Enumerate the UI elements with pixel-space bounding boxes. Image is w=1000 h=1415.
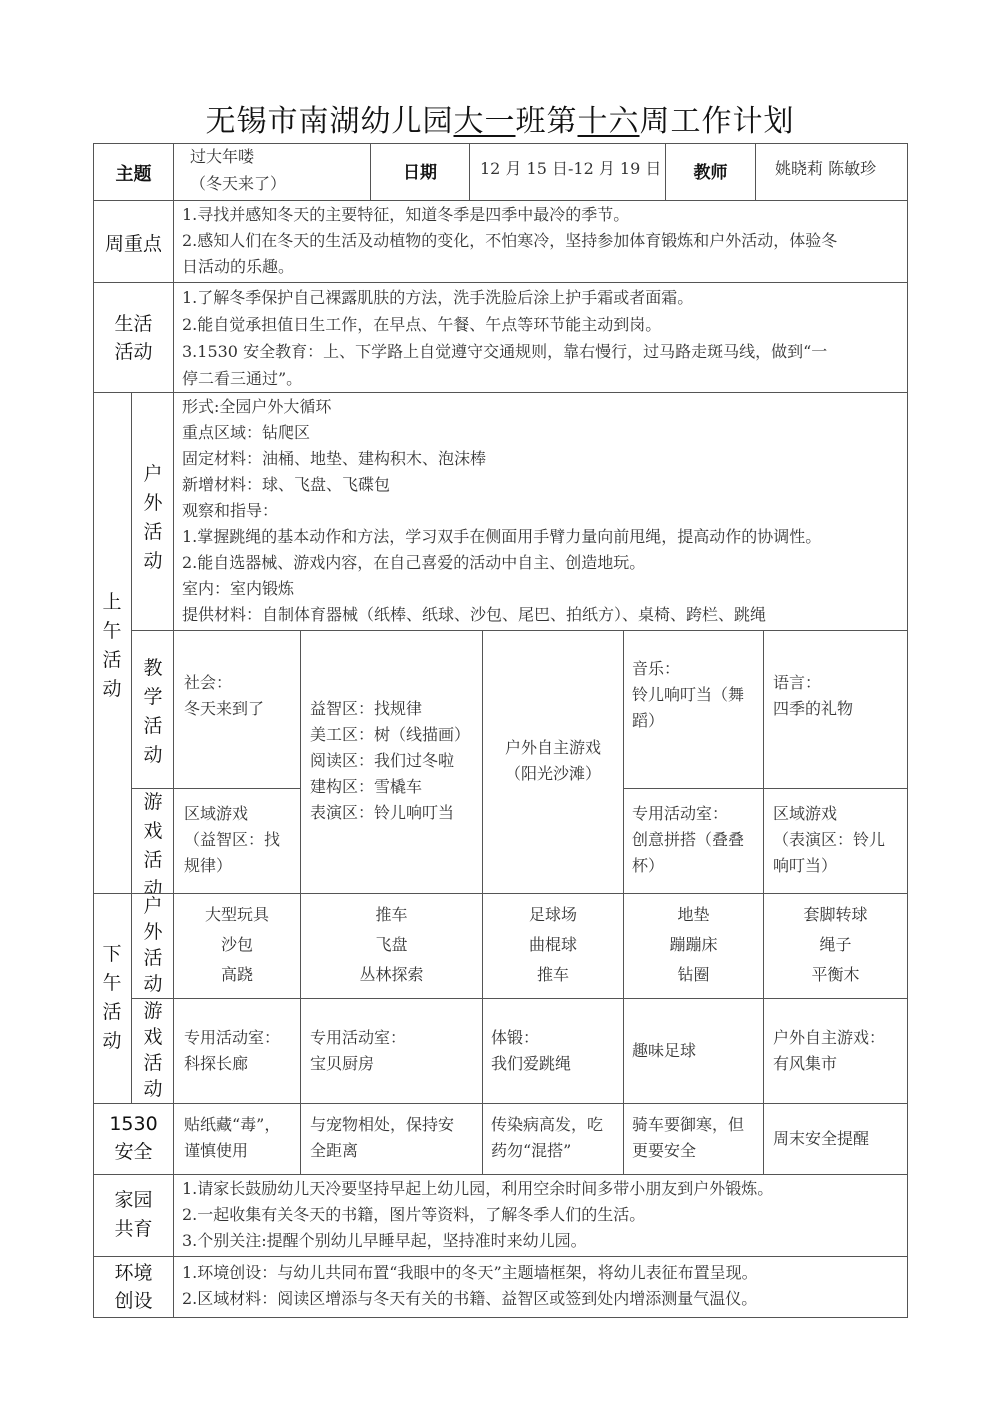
- afternoon-outdoor-thu: 地垫 蹦蹦床 钻圈: [623, 900, 764, 990]
- weekly-focus-items: 1.寻找并感知冬天的主要特征，知道冬季是四季中最冷的季节。 2.感知人们在冬天的…: [182, 202, 837, 280]
- teacher-value: 姚晓莉 陈敏珍: [775, 156, 876, 182]
- morning-outdoor-content: 形式:全园户外大循环 重点区域：钻爬区 固定材料：油桶、地垫、建构积木、泡沫棒 …: [182, 394, 821, 628]
- safety-mon: 贴纸藏“毒”， 谨慎使用: [184, 1112, 280, 1164]
- title-mid: 班第: [516, 104, 578, 139]
- date-label: 日期: [370, 158, 470, 183]
- morning-outdoor-label: 户外活动: [142, 460, 164, 576]
- afternoon-games-mon: 专用活动室： 科探长廊: [184, 1025, 280, 1077]
- environment-items: 1.环境创设：与幼儿共同布置“我眼中的冬天”主题墙框架，将幼儿表征布置呈现。 2…: [182, 1260, 758, 1312]
- home-school-label: 家园 共育: [93, 1186, 174, 1244]
- life-label: 生活 活动: [93, 310, 174, 366]
- safety-tue: 与宠物相处，保持安 全距离: [310, 1112, 454, 1164]
- title-prefix: 无锡市南湖幼儿园: [206, 104, 454, 139]
- games-fri: 区域游戏 （表演区：铃儿 响叮当）: [773, 801, 885, 879]
- date-value: 12 月 15 日-12 月 19 日: [480, 156, 661, 182]
- afternoon-outdoor-tue: 推车 飞盘 丛林探索: [300, 900, 483, 990]
- afternoon-label: 下午活动: [101, 940, 123, 1056]
- title-class: 大一: [454, 104, 516, 139]
- games-mon: 区域游戏 （益智区：找 规律）: [184, 801, 280, 879]
- life-items: 1.了解冬季保护自己裸露肌肤的方法，洗手洗脸后涂上护手霜或者面霜。 2.能自觉承…: [182, 284, 827, 392]
- afternoon-games-tue: 专用活动室： 宝贝厨房: [310, 1025, 406, 1077]
- merged-wed: 户外自主游戏 （阳光沙滩）: [482, 735, 624, 787]
- theme-value: 过大年喽 （冬天来了）: [190, 143, 286, 197]
- afternoon-games-thu: 趣味足球: [632, 1038, 696, 1064]
- afternoon-games-wed: 体锻： 我们爱跳绳: [491, 1025, 571, 1077]
- page-title: 无锡市南湖幼儿园大一班第十六周工作计划: [0, 96, 1000, 140]
- environment-label: 环境 创设: [93, 1259, 174, 1315]
- morning-label: 上午活动: [101, 588, 123, 704]
- teaching-label: 教学活动: [142, 654, 164, 770]
- afternoon-outdoor-fri: 套脚转球 绳子 平衡木: [763, 900, 908, 990]
- safety-wed: 传染病高发，吃 药勿“混搭”: [491, 1112, 603, 1164]
- afternoon-games-fri: 户外自主游戏： 有风集市: [773, 1025, 885, 1077]
- teaching-thu: 音乐： 铃儿响叮当（舞 蹈）: [632, 656, 744, 734]
- weekly-focus-label: 周重点: [93, 229, 174, 256]
- games-thu: 专用活动室： 创意拼搭（叠叠 杯）: [632, 801, 744, 879]
- safety-fri: 周末安全提醒: [773, 1126, 869, 1152]
- afternoon-outdoor-label: 户外活动: [142, 893, 164, 997]
- games-label: 游戏活动: [142, 788, 164, 904]
- title-week: 十六: [578, 104, 640, 139]
- teaching-mon: 社会： 冬天来到了: [184, 670, 264, 722]
- theme-label: 主题: [93, 160, 174, 186]
- afternoon-outdoor-mon: 大型玩具 沙包 高跷: [173, 900, 301, 990]
- teaching-fri: 语言： 四季的礼物: [773, 670, 853, 722]
- teacher-label: 教师: [665, 158, 756, 183]
- afternoon-outdoor-wed: 足球场 曲棍球 推车: [482, 900, 624, 990]
- safety-label: 1530 安全: [93, 1110, 174, 1166]
- home-school-items: 1.请家长鼓励幼儿天冷要坚持早起上幼儿园，利用空余时间多带小朋友到户外锻炼。 2…: [182, 1176, 773, 1254]
- safety-thu: 骑车要御寒，但 更要安全: [632, 1112, 744, 1164]
- merged-tue: 益智区：找规律 美工区：树（线描画） 阅读区：我们过冬啦 建构区：雪橇车 表演区…: [310, 696, 470, 826]
- title-suffix: 周工作计划: [640, 104, 795, 139]
- afternoon-games-label: 游戏活动: [142, 998, 164, 1102]
